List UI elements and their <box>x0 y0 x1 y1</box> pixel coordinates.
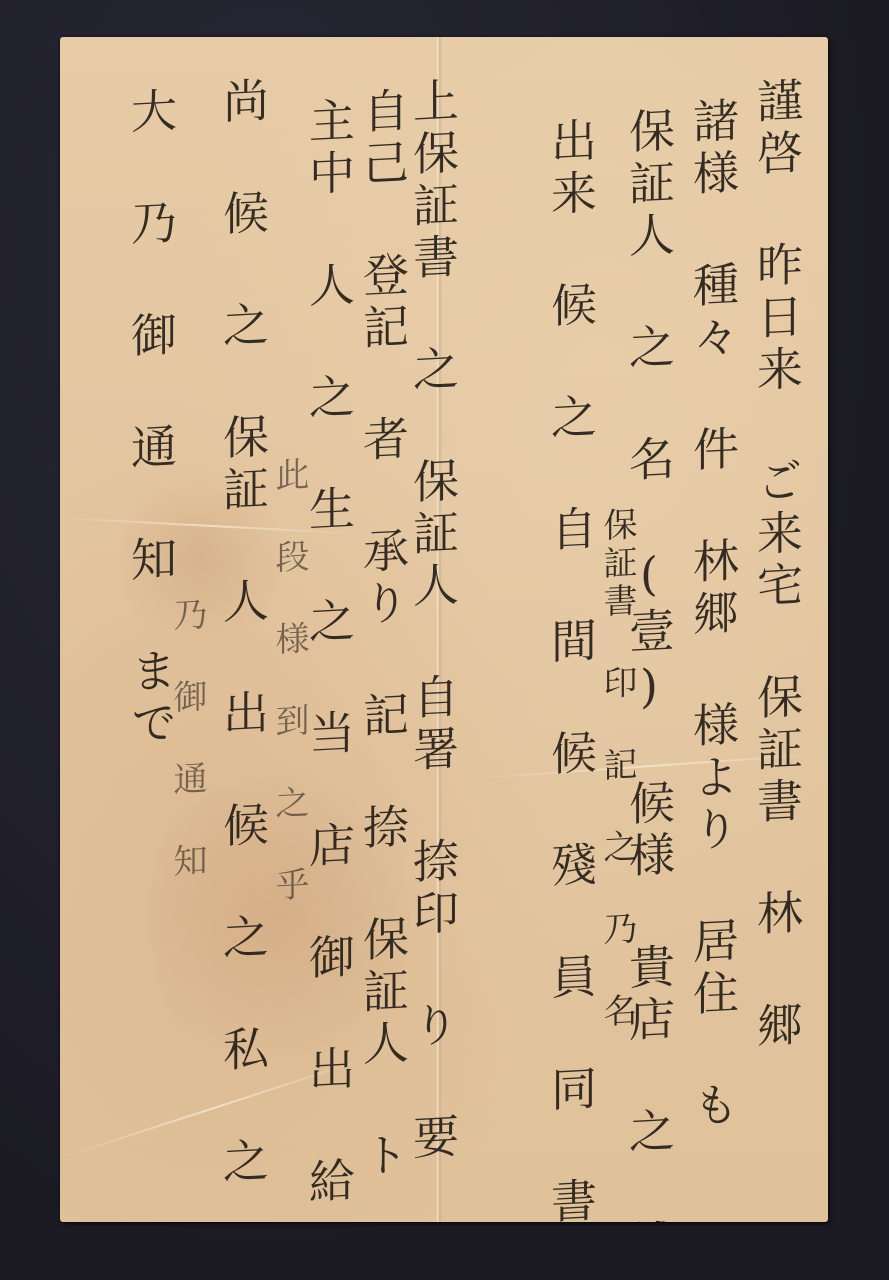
text-column-9: 此 段 様 到 之 乎 <box>272 456 306 718</box>
postcard: 謹啓 昨日来 ご来宅 保証書 林 郷 諸様 種々 件 林郷 様より 居住 も 保… <box>60 37 828 1222</box>
text-column-1: 謹啓 昨日来 ご来宅 保証書 林 郷 <box>754 76 800 1198</box>
text-column-10: 尚 候 之 保証 人 出 候 之 私 之 是 非 を 乞 下 <box>220 76 266 1178</box>
text-column-6: 上保証書 之 保証人 自署 捺印 り 要 之 此 年 <box>410 76 456 1218</box>
text-column-12-closing: 大 乃 御 通 知 まで <box>128 86 174 508</box>
text-column-4: 保証書 印 記 之 乃 名 <box>600 506 634 808</box>
text-column-7: 自己 登記 者 承り 記 捺 保証人 ト 壹 <box>360 86 406 1188</box>
text-column-5: 出来 候 之 自 間 候 殘 員 同 書 之 他 之 <box>548 116 594 1198</box>
text-column-2: 諸様 種々 件 林郷 様より 居住 も <box>690 96 736 1198</box>
handwritten-message: 謹啓 昨日来 ご来宅 保証書 林 郷 諸様 種々 件 林郷 様より 居住 も 保… <box>60 37 828 1222</box>
text-column-8: 主中 人 之 生 之 当 店 御 出 給 年 候 <box>306 96 352 1098</box>
